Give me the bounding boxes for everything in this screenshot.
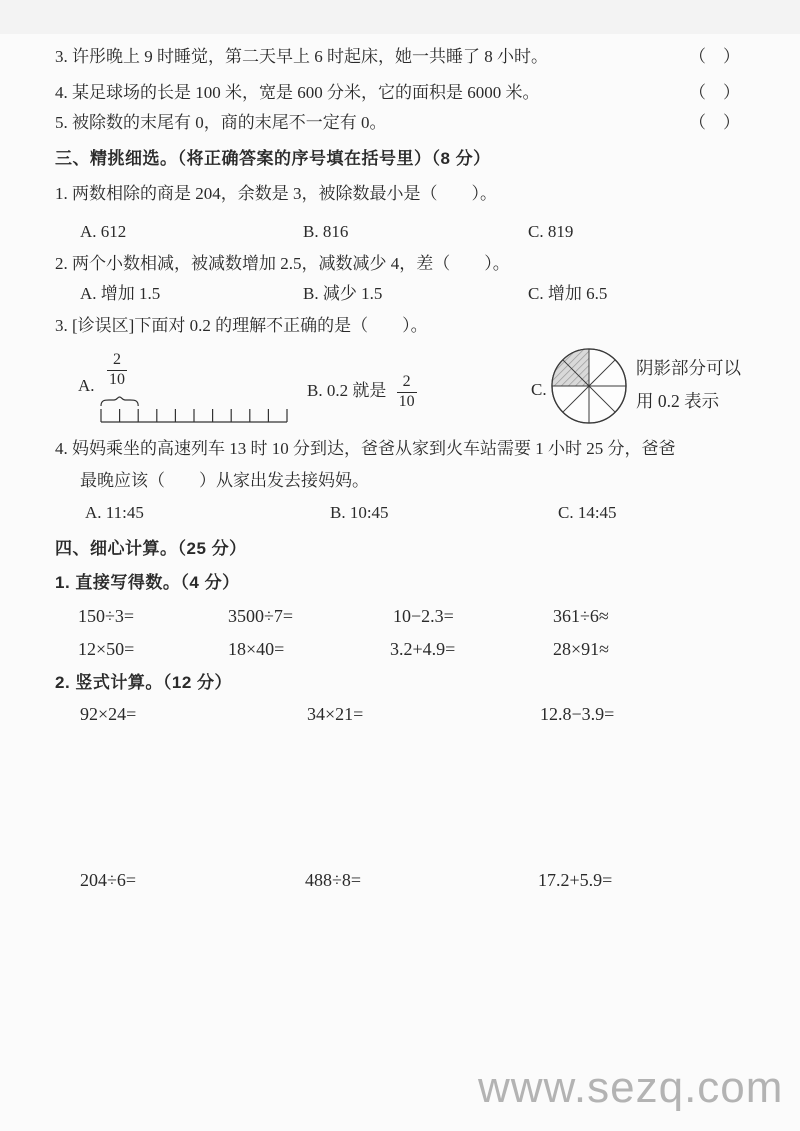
site-watermark: www.sezq.com (478, 1066, 783, 1110)
fraction-numerator: 2 (397, 374, 417, 393)
answer-bracket: （ ） (689, 45, 740, 69)
choice-q4-line1: 4. 妈妈乘坐的高速列车 13 时 10 分到达，爸爸从家到火车站需要 1 小时… (55, 437, 676, 461)
circle-note-line2: 用 0.2 表示 (636, 389, 719, 413)
answer-bracket: （ ） (689, 111, 740, 135)
mental-calc-item: 3.2+4.9= (390, 637, 455, 661)
choice-q3-option-a-label: A. (78, 374, 95, 398)
mental-calc-item: 10−2.3= (393, 604, 454, 628)
section-four-header: 四、细心计算。（25 分） (55, 537, 247, 561)
vertical-calc-item: 12.8−3.9= (540, 702, 614, 726)
choice-q3-option-c-label: C. (531, 378, 547, 402)
choice-q2-option-c: C. 增加 6.5 (528, 282, 607, 306)
shaded-circle-figure (550, 347, 628, 425)
judge-item-4: 4. 某足球场的长是 100 米，宽是 600 分米，它的面积是 6000 米。… (55, 81, 740, 105)
mental-calc-item: 12×50= (78, 637, 134, 661)
judge-item-text: 5. 被除数的末尾有 0，商的末尾不一定有 0。 (55, 111, 387, 135)
scan-top-band (0, 0, 800, 34)
fraction-denominator: 10 (397, 393, 417, 411)
choice-q4-option-c: C. 14:45 (558, 501, 617, 525)
calc-sub2-title: 2. 竖式计算。（12 分） (55, 671, 232, 695)
section-three-header: 三、精挑细选。（将正确答案的序号填在括号里）（8 分） (55, 147, 491, 171)
mental-calc-item: 361÷6≈ (553, 604, 609, 628)
worksheet-page: 3. 许彤晚上 9 时睡觉，第二天早上 6 时起床，她一共睡了 8 小时。 （ … (0, 0, 800, 1131)
choice-q2-option-b: B. 减少 1.5 (303, 282, 382, 306)
vertical-calc-item: 34×21= (307, 702, 363, 726)
vertical-calc-item: 204÷6= (80, 868, 136, 892)
choice-q2-text: 2. 两个小数相减，被减数增加 2.5，减数减少 4，差（ ）。 (55, 252, 510, 276)
choice-q3-text: 3. [诊误区]下面对 0.2 的理解不正确的是（ ）。 (55, 314, 428, 338)
judge-item-5: 5. 被除数的末尾有 0，商的末尾不一定有 0。 （ ） (55, 111, 740, 135)
number-line-figure (100, 396, 292, 424)
answer-bracket: （ ） (689, 81, 740, 105)
vertical-calc-item: 92×24= (80, 702, 136, 726)
mental-calc-item: 28×91≈ (553, 637, 609, 661)
fraction-two-tenths-b: 2 10 (397, 374, 417, 411)
choice-q4-option-b: B. 10:45 (330, 501, 389, 525)
option-b-text: B. 0.2 就是 (307, 381, 386, 400)
circle-note-line1: 阴影部分可以 (636, 356, 741, 380)
calc-sub1-title: 1. 直接写得数。（4 分） (55, 571, 240, 595)
choice-q4-line2: 最晚应该（ ）从家出发去接妈妈。 (80, 469, 369, 493)
mental-calc-item: 3500÷7= (228, 604, 293, 628)
choice-q1-option-b: B. 816 (303, 220, 348, 244)
fraction-denominator: 10 (107, 371, 127, 389)
fraction-numerator: 2 (107, 352, 127, 371)
choice-q2-option-a: A. 增加 1.5 (80, 282, 160, 306)
over-brace (101, 397, 138, 406)
mental-calc-item: 150÷3= (78, 604, 134, 628)
choice-q4-option-a: A. 11:45 (85, 501, 144, 525)
choice-q3-option-b: B. 0.2 就是 2 10 (307, 374, 419, 411)
vertical-calc-item: 17.2+5.9= (538, 868, 612, 892)
fraction-two-tenths-a: 2 10 (107, 352, 127, 389)
choice-q1-option-a: A. 612 (80, 220, 126, 244)
mental-calc-item: 18×40= (228, 637, 284, 661)
choice-q1-text: 1. 两数相除的商是 204，余数是 3，被除数最小是（ ）。 (55, 182, 497, 206)
judge-item-3: 3. 许彤晚上 9 时睡觉，第二天早上 6 时起床，她一共睡了 8 小时。 （ … (55, 45, 740, 69)
judge-item-text: 3. 许彤晚上 9 时睡觉，第二天早上 6 时起床，她一共睡了 8 小时。 (55, 45, 548, 69)
judge-item-text: 4. 某足球场的长是 100 米，宽是 600 分米，它的面积是 6000 米。 (55, 81, 540, 105)
vertical-calc-item: 488÷8= (305, 868, 361, 892)
choice-q1-option-c: C. 819 (528, 220, 573, 244)
